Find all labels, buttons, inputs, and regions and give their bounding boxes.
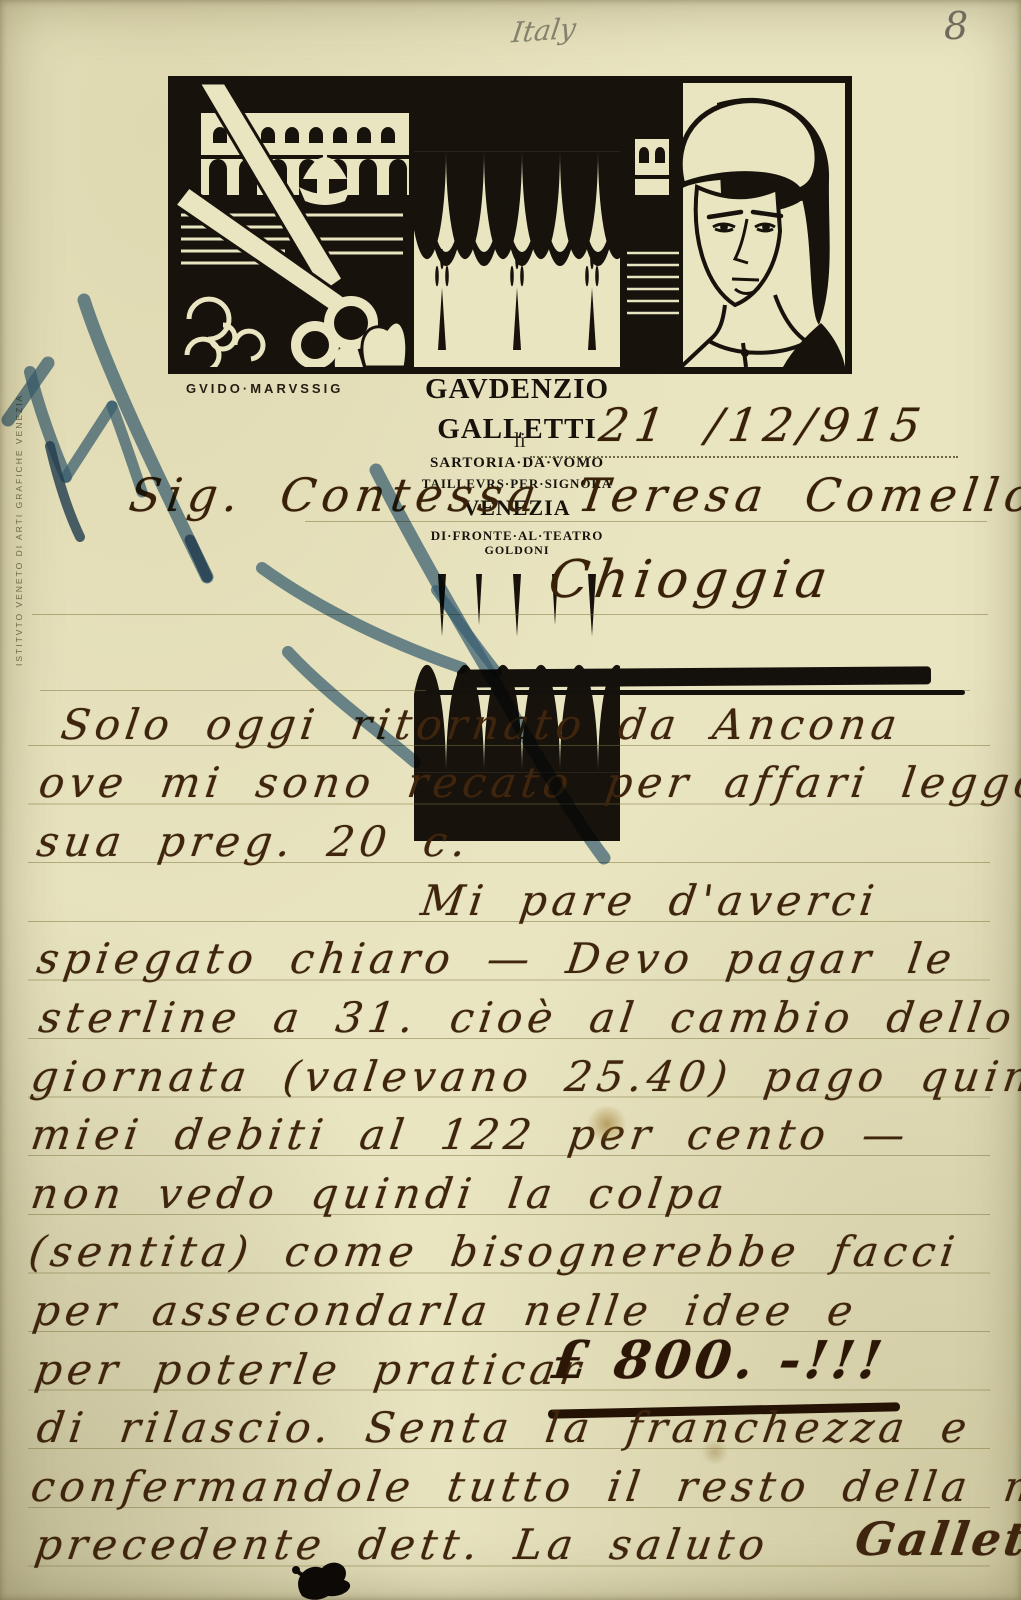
- ink-blot: [268, 1548, 368, 1600]
- body-line: ove mi sono recato per affari leggo: [36, 758, 1021, 807]
- body-line: non vedo quindi la colpa: [28, 1169, 732, 1218]
- recipient-name-line: Sig. Contessa Teresa Comello: [126, 468, 1021, 522]
- artist-credit: GVIDO·MARVSSIG: [186, 381, 343, 396]
- letterhead-text-panel: GAVDENZIO GALLETTI SARTORIA·DA·VOMO TAIL…: [414, 83, 625, 367]
- ink-stain: [585, 1106, 629, 1142]
- signature: Galletti: [852, 1512, 1021, 1566]
- letterhead-address-line2: GOLDONI: [484, 544, 549, 556]
- body-line: di rilascio. Senta la franchezza e: [34, 1403, 975, 1452]
- date-rule-line: [530, 456, 958, 458]
- curtain-top-icon: [414, 83, 620, 367]
- scissors-illustration-panel: [175, 83, 414, 367]
- letterhead-address-line1: DI·FRONTE·AL·TEATRO: [431, 529, 604, 542]
- body-line: spiegato chiaro — Devo pagar le: [34, 934, 960, 983]
- rule-full-width: [32, 614, 988, 615]
- body-line: miei debiti al 122 per cento —: [28, 1110, 913, 1159]
- body-line: sterline a 31. cioè al cambio dello: [36, 993, 1019, 1042]
- date-printed-label: li: [514, 428, 526, 453]
- date-handwritten: 21 /12/915: [596, 398, 930, 452]
- printer-credit-vertical: ISTITVTO VENETO DI ARTI GRAFICHE VENEZIA: [14, 386, 24, 666]
- scissors-over-venice-icon: [175, 83, 409, 367]
- body-line: per poterle praticar: [32, 1345, 589, 1394]
- ink-redaction-bar: [457, 666, 931, 687]
- foxing-spot: [700, 1440, 730, 1464]
- recipient-city-line: Chioggia: [545, 550, 837, 610]
- letter-scan-page: Italy 8 ISTITVTO VENETO DI ARTI GRAFICHE…: [0, 0, 1021, 1600]
- body-line: per assecondarla nelle idee e: [30, 1286, 861, 1335]
- body-line: sua preg. 20 c.: [34, 817, 474, 866]
- letterhead: GAVDENZIO GALLETTI SARTORIA·DA·VOMO TAIL…: [168, 76, 852, 374]
- pencil-country-note: Italy: [510, 12, 578, 50]
- body-line: confermandole tutto il resto della mia: [28, 1462, 1021, 1511]
- underlined-amount: £ 800. -!!!: [548, 1330, 890, 1391]
- page-number: 8: [944, 4, 968, 48]
- ink-redaction-underline: [425, 690, 965, 695]
- body-line: Solo oggi ritornato da Ancona: [58, 700, 905, 749]
- renaissance-portrait-icon: [625, 83, 845, 367]
- letterhead-name-line1: GAVDENZIO: [425, 375, 609, 405]
- portrait-illustration-panel: [625, 83, 845, 367]
- body-line: giornata (valevano 25.40) pago quindi: [28, 1052, 1021, 1101]
- body-line: precedente dett. La saluto: [32, 1520, 773, 1569]
- body-line: Mi pare d'averci: [418, 876, 882, 925]
- body-line: (sentita) come bisognerebbe facci: [26, 1227, 962, 1276]
